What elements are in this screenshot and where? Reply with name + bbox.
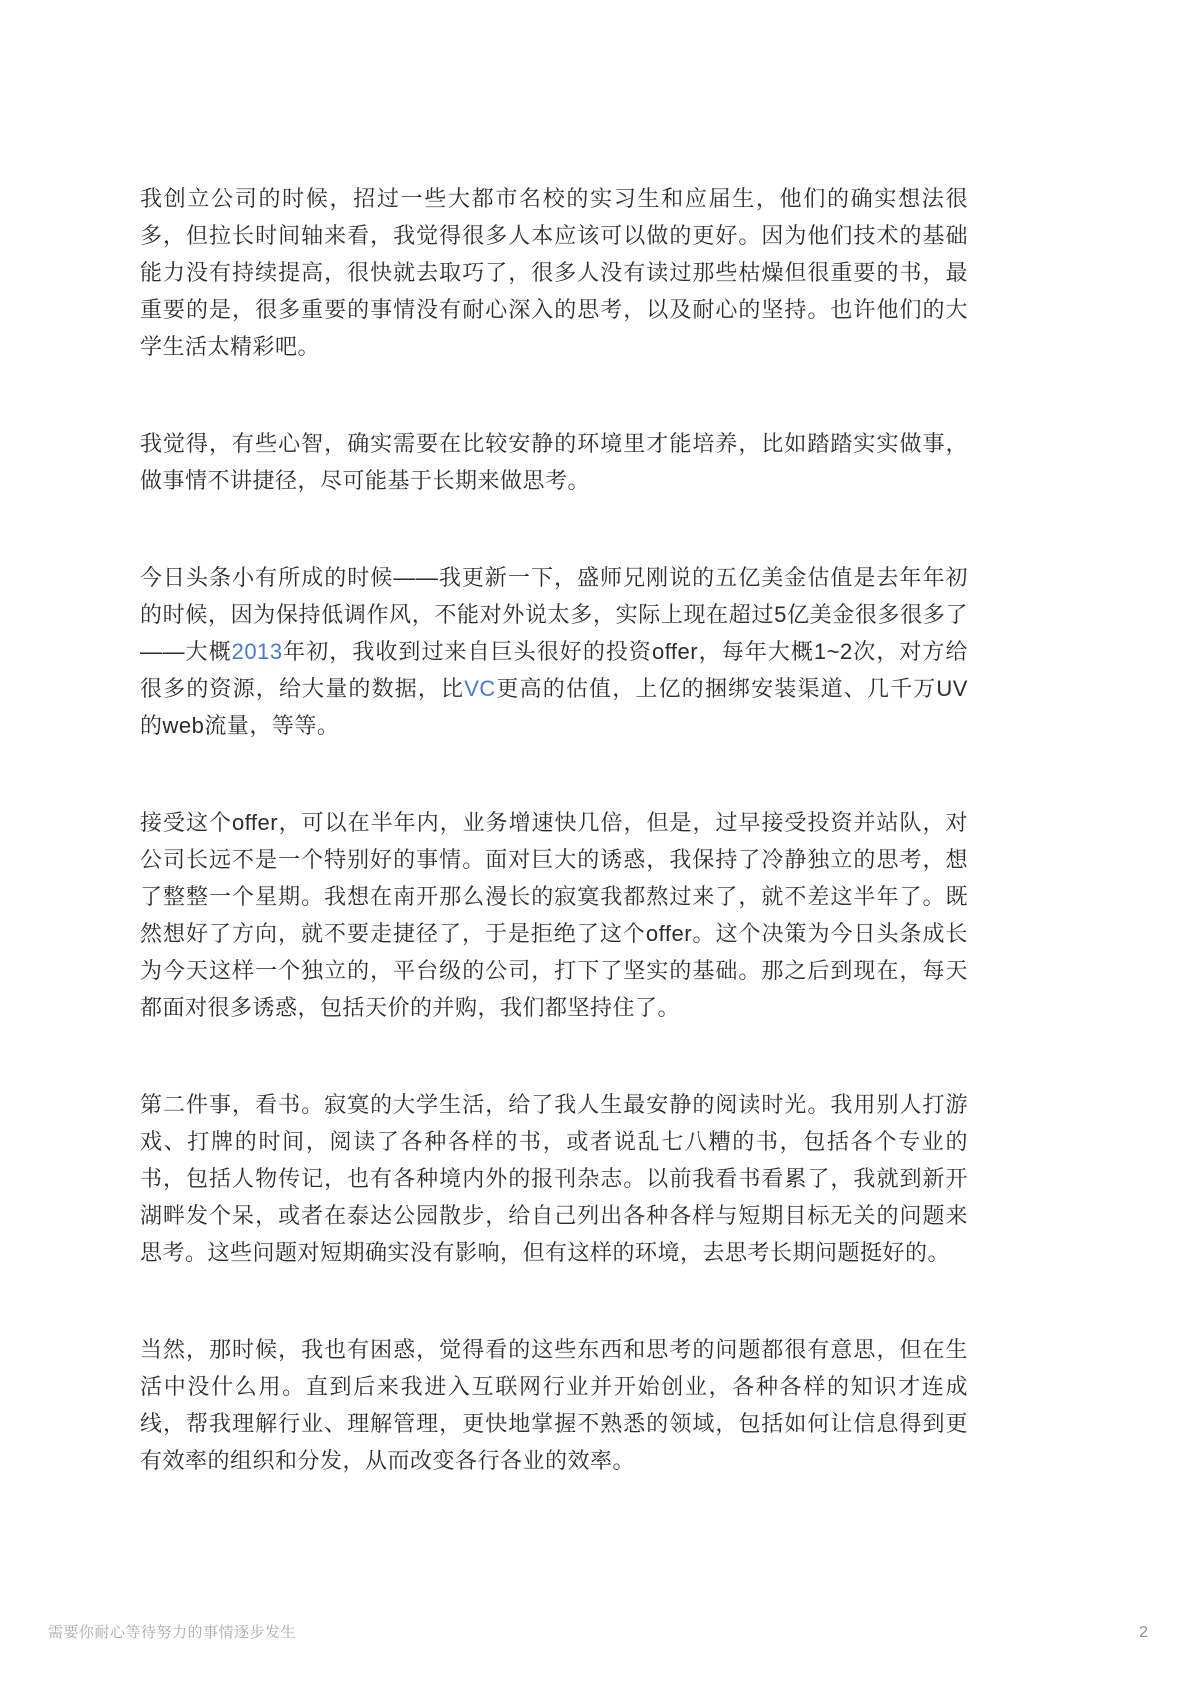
inline-link-text[interactable]: 2013 [232, 639, 283, 664]
page-body-text: 我创立公司的时候，招过一些大都市名校的实习生和应届生，他们的确实想法很多，但拉长… [140, 180, 968, 1479]
text-segment: 我创立公司的时候，招过一些大都市名校的实习生和应届生，他们的确实想法很多，但拉长… [140, 186, 968, 359]
paragraphs: 我创立公司的时候，招过一些大都市名校的实习生和应届生，他们的确实想法很多，但拉长… [140, 180, 968, 1479]
text-segment: 接受这个offer，可以在半年内，业务增速快几倍，但是，过早接受投资并站队，对公… [140, 810, 968, 1020]
document-page: 我创立公司的时候，招过一些大都市名校的实习生和应届生，他们的确实想法很多，但拉长… [0, 0, 1200, 1698]
paragraph: 我创立公司的时候，招过一些大都市名校的实习生和应届生，他们的确实想法很多，但拉长… [140, 180, 968, 365]
paragraph: 接受这个offer，可以在半年内，业务增速快几倍，但是，过早接受投资并站队，对公… [140, 804, 968, 1026]
paragraph: 当然，那时候，我也有困惑，觉得看的这些东西和思考的问题都很有意思，但在生活中没什… [140, 1331, 968, 1479]
footer-note: 需要你耐心等待努力的事情逐步发生 [48, 1622, 296, 1644]
text-segment: 我觉得，有些心智，确实需要在比较安静的环境里才能培养，比如踏踏实实做事，做事情不… [140, 431, 968, 493]
page-number: 2 [1139, 1622, 1148, 1644]
text-segment: 当然，那时候，我也有困惑，觉得看的这些东西和思考的问题都很有意思，但在生活中没什… [140, 1337, 968, 1473]
inline-link-text[interactable]: VC [464, 676, 496, 701]
paragraph: 第二件事，看书。寂寞的大学生活，给了我人生最安静的阅读时光。我用别人打游戏、打牌… [140, 1086, 968, 1271]
page-footer: 需要你耐心等待努力的事情逐步发生 2 [0, 1622, 1200, 1652]
text-segment: 第二件事，看书。寂寞的大学生活，给了我人生最安静的阅读时光。我用别人打游戏、打牌… [140, 1092, 968, 1265]
paragraph: 今日头条小有所成的时候——我更新一下，盛师兄刚说的五亿美金估值是去年年初的时候，… [140, 559, 968, 744]
paragraph: 我觉得，有些心智，确实需要在比较安静的环境里才能培养，比如踏踏实实做事，做事情不… [140, 425, 968, 499]
